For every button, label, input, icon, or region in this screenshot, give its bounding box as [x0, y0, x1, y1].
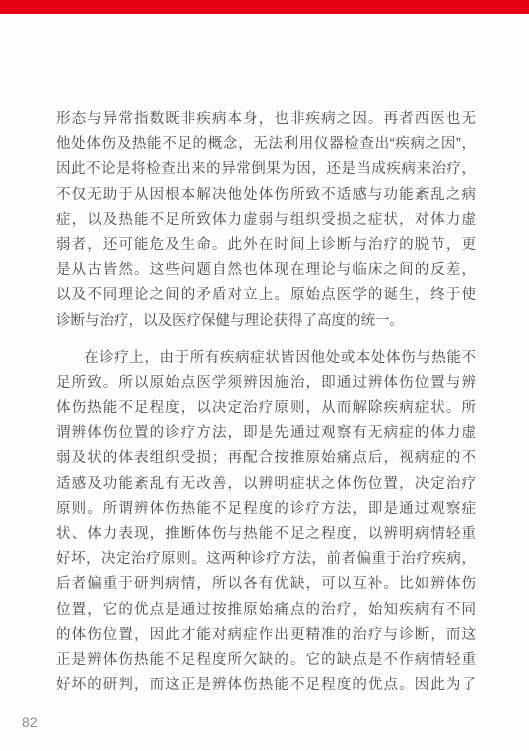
text-line: 位置，它的优点是通过按推原始痛点的治疗，始知疾病有不同 — [56, 598, 476, 623]
text-line: 形态与异常指数既非疾病本身，也非疾病之因。再者西医也无 — [56, 107, 476, 132]
text-line: 因此不论是将检查出来的异常倒果为因，还是当成疾病来治疗， — [56, 157, 476, 182]
text-line: 是从古皆然。这些问题自然也体现在理论与临床之间的反差， — [56, 258, 476, 283]
text-line: 不仅无助于从因根本解决他处体伤所致不适感与功能紊乱之病 — [56, 183, 476, 208]
text-line: 状、体力表现，推断体伤与热能不足之程度，以辨明病情轻重 — [56, 522, 476, 547]
page-number: 82 — [22, 712, 38, 732]
text-line: 弱者，还可能危及生命。此外在时间上诊断与治疗的脱节，更 — [56, 233, 476, 258]
text-line: 的体伤位置，因此才能对病症作出更精准的治疗与诊断，而这 — [56, 623, 476, 648]
text-line: 诊断与治疗，以及医疗保健与理论获得了高度的统一。 — [56, 309, 476, 334]
text-line: 谓辨体伤位置的诊疗方法，即是先通过观察有无病症的体力虚 — [56, 421, 476, 446]
body-text: 形态与异常指数既非疾病本身，也非疾病之因。再者西医也无他处体伤及热能不足的概念，… — [56, 107, 476, 698]
text-line: 以及不同理论之间的矛盾对立上。原始点医学的诞生，终于使 — [56, 283, 476, 308]
text-line: 弱及状的体表组织受损；再配合按推原始痛点后，视病症的不 — [56, 446, 476, 471]
text-line: 后者偏重于研判病情，所以各有优缺，可以互补。比如辨体伤 — [56, 572, 476, 597]
paragraph: 形态与异常指数既非疾病本身，也非疾病之因。再者西医也无他处体伤及热能不足的概念，… — [56, 107, 476, 334]
text-line: 适感及功能紊乱有无改善，以辨明症状之体伤位置，决定治疗 — [56, 472, 476, 497]
text-line: 症，以及热能不足所致体力虚弱与组织受损之症状，对体力虚 — [56, 208, 476, 233]
text-line: 足所致。所以原始点医学须辨因施治，即通过辨体伤位置与辨 — [56, 371, 476, 396]
paragraph: 在诊疗上，由于所有疾病症状皆因他处或本处体伤与热能不足所致。所以原始点医学须辨因… — [56, 346, 476, 699]
text-line: 好坏，决定治疗原则。这两种诊疗方法，前者偏重于治疗疾病， — [56, 547, 476, 572]
text-line: 在诊疗上，由于所有疾病症状皆因他处或本处体伤与热能不 — [56, 346, 476, 371]
text-line: 体伤热能不足程度，以决定治疗原则，从而解除疾病症状。所 — [56, 396, 476, 421]
top-red-bar — [0, 0, 529, 14]
text-line: 正是辨体伤热能不足程度所欠缺的。它的缺点是不作病情轻重 — [56, 648, 476, 673]
text-line: 原则。所谓辨体伤热能不足程度的诊疗方法，即是通过观察症 — [56, 497, 476, 522]
text-line: 好坏的研判，而这正是辨体伤热能不足程度的优点。因此为了 — [56, 673, 476, 698]
text-line: 他处体伤及热能不足的概念，无法利用仪器检查出“疾病之因”， — [56, 132, 476, 157]
